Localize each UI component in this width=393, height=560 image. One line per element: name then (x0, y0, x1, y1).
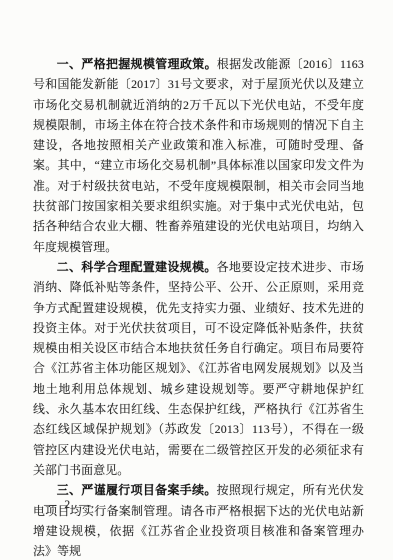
paragraph-2-heading: 二、科学合理配置建设规模。 (57, 260, 217, 274)
paragraph-1-heading: 一、严格把握规模管理政策。 (57, 57, 217, 71)
page-number: — 2 — (44, 499, 94, 511)
paragraph-1: 一、严格把握规模管理政策。根据发改能源〔2016〕1163号和国能发新能〔201… (33, 54, 364, 257)
document-page: 一、严格把握规模管理政策。根据发改能源〔2016〕1163号和国能发新能〔201… (0, 0, 393, 560)
paragraph-2-body: 各地要设定技术进步、市场消纳、降低补贴等条件，坚持公平、公开、公正原则，采用竞争… (33, 260, 364, 477)
paragraph-1-body: 根据发改能源〔2016〕1163号和国能发新能〔2017〕31号文要求，对于屋顶… (33, 57, 364, 254)
paragraph-3: 三、严谨履行项目备案手续。按照现行规定，所有光伏发电项目均实行备案制管理。请各市… (33, 480, 364, 560)
paragraph-3-heading: 三、严谨履行项目备案手续。 (57, 483, 217, 497)
document-text-block: 一、严格把握规模管理政策。根据发改能源〔2016〕1163号和国能发新能〔201… (33, 54, 364, 560)
paragraph-2: 二、科学合理配置建设规模。各地要设定技术进步、市场消纳、降低补贴等条件，坚持公平… (33, 257, 364, 480)
